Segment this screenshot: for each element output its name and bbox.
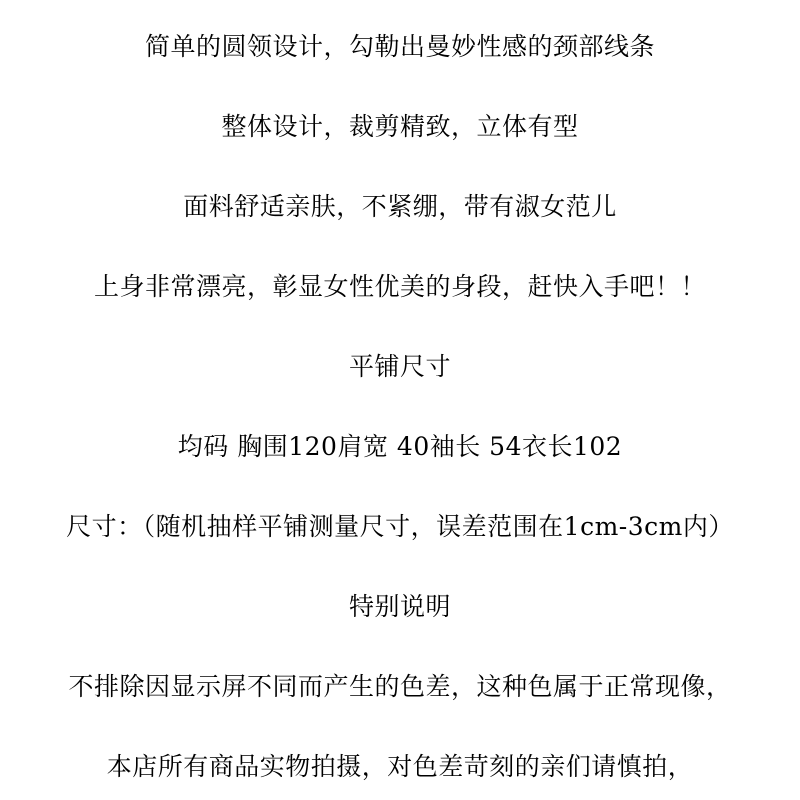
real-photo-note: 本店所有商品实物拍摄，对色差苛刻的亲们请慎拍，: [0, 725, 800, 800]
description-line-overall-design: 整体设计，裁剪精致，立体有型: [0, 85, 800, 165]
flat-size-heading: 平铺尺寸: [0, 325, 800, 405]
description-line-fabric: 面料舒适亲肤，不紧绷，带有淑女范儿: [0, 165, 800, 245]
color-difference-note: 不排除因显示屏不同而产生的色差，这种色属于正常现像，: [0, 645, 800, 725]
size-measurements-line: 均码 胸围120肩宽 40袖长 54衣长102: [0, 405, 800, 485]
size-tolerance-note: 尺寸：（随机抽样平铺测量尺寸，误差范围在1cm-3cm内）: [0, 485, 800, 565]
description-line-collar: 简单的圆领设计，勾勒出曼妙性感的颈部线条: [0, 5, 800, 85]
description-line-fit: 上身非常漂亮，彰显女性优美的身段，赶快入手吧！！: [0, 245, 800, 325]
product-description-page: 简单的圆领设计，勾勒出曼妙性感的颈部线条 整体设计，裁剪精致，立体有型 面料舒适…: [0, 0, 800, 800]
special-note-heading: 特别说明: [0, 565, 800, 645]
